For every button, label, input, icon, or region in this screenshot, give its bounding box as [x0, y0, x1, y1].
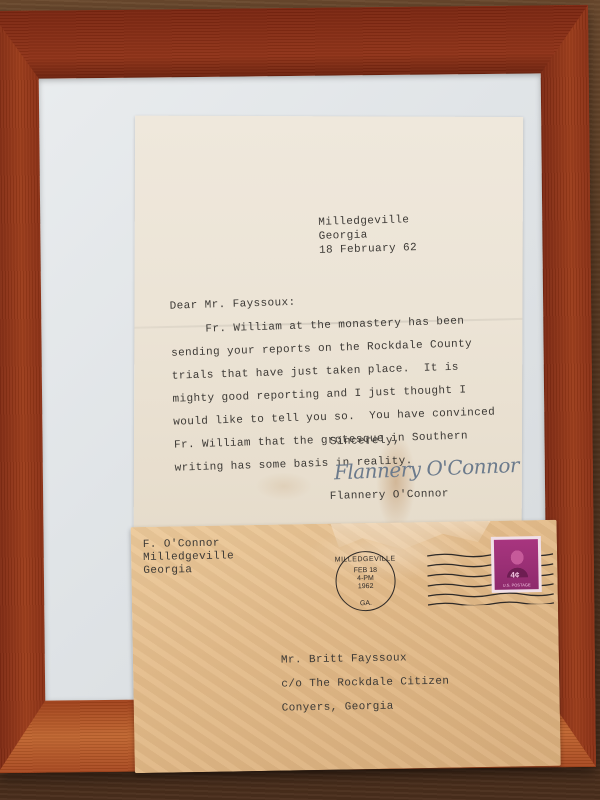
recipient-city: Conyers, Georgia: [282, 694, 450, 721]
frame-mat: Milledgeville Georgia 18 February 62 Dea…: [39, 73, 547, 700]
return-city: Milledgeville: [143, 550, 234, 565]
typed-signature-name: Flannery O'Connor: [330, 487, 449, 504]
heading-city: Milledgeville: [318, 213, 416, 230]
letter-body: Dear Mr. Fayssoux: Fr. William at the mo…: [169, 289, 515, 481]
stamp-design: 4¢ U.S. POSTAGE: [494, 539, 539, 590]
picture-frame: Milledgeville Georgia 18 February 62 Dea…: [0, 5, 596, 773]
letter-page: Milledgeville Georgia 18 February 62 Dea…: [134, 116, 523, 537]
letter-closing: Sincerely,: [330, 434, 400, 450]
postage-stamp: 4¢ U.S. POSTAGE: [491, 536, 542, 593]
heading-date: 18 February 62: [319, 241, 417, 258]
letter-heading: Milledgeville Georgia 18 February 62: [318, 213, 417, 258]
postmark-circle: MILLEDGEVILLE FEB 18 4-PM 1962 GA.: [335, 551, 396, 612]
stamp-value: 4¢: [510, 570, 519, 579]
stamp-caption: U.S. POSTAGE: [498, 582, 536, 588]
postmark-city: MILLEDGEVILLE: [335, 556, 396, 564]
envelope-torn-flap: [331, 521, 491, 554]
frame-top-rail: [0, 5, 589, 79]
recipient-care-of: c/o The Rockdale Citizen: [281, 670, 449, 697]
postmark-year: 1962: [337, 583, 395, 592]
recipient-name: Mr. Britt Fayssoux: [281, 646, 449, 673]
recipient-address: Mr. Britt Fayssoux c/o The Rockdale Citi…: [281, 646, 450, 721]
postmark-center: FEB 18 4-PM 1962: [336, 567, 394, 592]
return-state: Georgia: [143, 563, 234, 578]
photo-scene: Milledgeville Georgia 18 February 62 Dea…: [0, 0, 600, 800]
envelope: F. O'Connor Milledgeville Georgia MILLED…: [131, 520, 561, 773]
postmark-state: GA.: [337, 600, 395, 608]
return-address: F. O'Connor Milledgeville Georgia: [143, 537, 235, 578]
